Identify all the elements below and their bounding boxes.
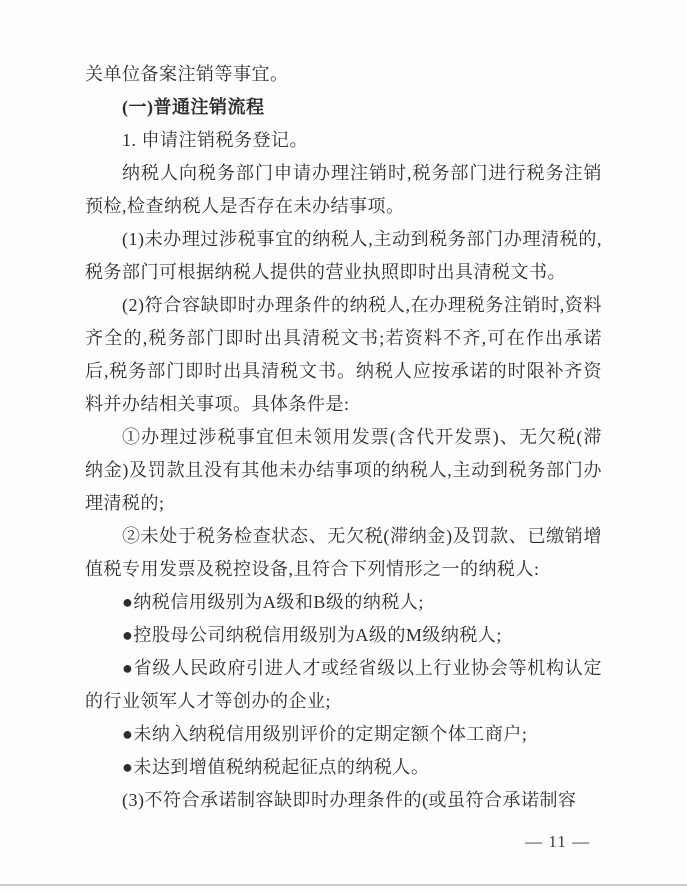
document-page: 关单位备案注销等事宜。 (一)普通注销流程 1. 申请注销税务登记。 纳税人向税… bbox=[0, 0, 687, 892]
document-body: 关单位备案注销等事宜。 (一)普通注销流程 1. 申请注销税务登记。 纳税人向税… bbox=[85, 58, 602, 817]
paragraph: (2)符合容缺即时办理条件的纳税人,在办理税务注销时,资料齐全的,税务部门即时出… bbox=[85, 289, 602, 421]
page-number: — 11 — bbox=[85, 830, 602, 854]
paragraph: ●省级人民政府引进人才或经省级以上行业协会等机构认定的行业领军人才等创办的企业; bbox=[85, 652, 602, 718]
paragraph: (1)未办理过涉税事宜的纳税人,主动到税务部门办理清税的,税务部门可根据纳税人提… bbox=[85, 223, 602, 289]
paragraph: (3)不符合承诺制容缺即时办理条件的(或虽符合承诺制容 bbox=[85, 784, 602, 817]
document-content: 关单位备案注销等事宜。 (一)普通注销流程 1. 申请注销税务登记。 纳税人向税… bbox=[85, 58, 602, 854]
paragraph: ②未处于税务检查状态、无欠税(滞纳金)及罚款、已缴销增值税专用发票及税控设备,且… bbox=[85, 520, 602, 586]
paragraph: ●控股母公司纳税信用级别为A级的M级纳税人; bbox=[85, 619, 602, 652]
paragraph: 1. 申请注销税务登记。 bbox=[85, 124, 602, 157]
paragraph: ●纳税信用级别为A级和B级的纳税人; bbox=[85, 586, 602, 619]
paragraph: (一)普通注销流程 bbox=[85, 91, 602, 124]
paragraph: 关单位备案注销等事宜。 bbox=[85, 58, 602, 91]
scan-edge-line bbox=[0, 884, 687, 886]
paragraph: ●未达到增值税纳税起征点的纳税人。 bbox=[85, 751, 602, 784]
paragraph: ●未纳入纳税信用级别评价的定期定额个体工商户; bbox=[85, 718, 602, 751]
paragraph: ①办理过涉税事宜但未领用发票(含代开发票)、无欠税(滞纳金)及罚款且没有其他未办… bbox=[85, 421, 602, 520]
paragraph: 纳税人向税务部门申请办理注销时,税务部门进行税务注销预检,检查纳税人是否存在未办… bbox=[85, 157, 602, 223]
